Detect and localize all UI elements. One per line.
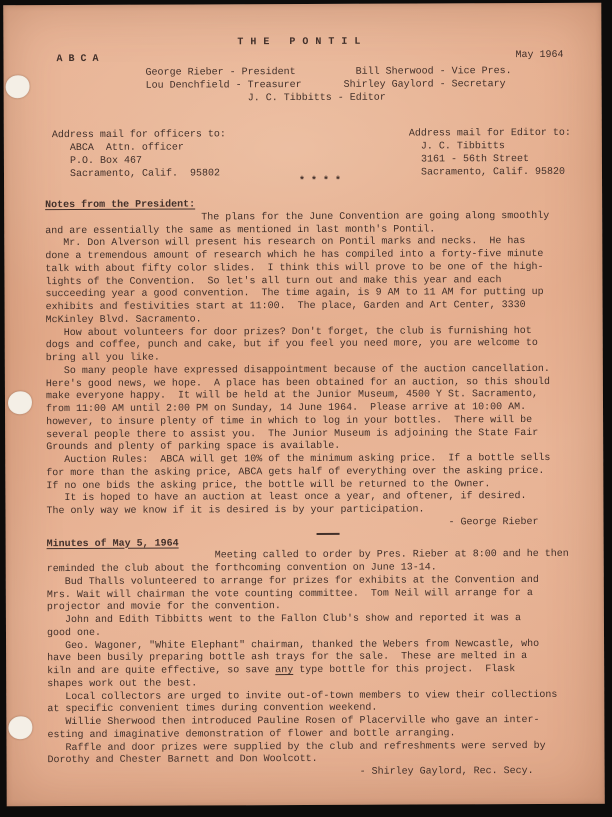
editor-mailing-address: Address mail for Editor to: J. C. Tibbit… [409, 127, 571, 180]
president-signature: - George Rieber [46, 517, 586, 532]
officers-mailing-address: Address mail for officers to: ABCA Attn.… [52, 128, 226, 181]
punch-hole-middle [8, 391, 32, 414]
section-divider-dash [317, 532, 340, 534]
newsletter-title: THE PONTIL [3, 36, 601, 51]
minutes-body-part1: Meeting called to order by Pres. Rieber … [47, 549, 569, 677]
officers-roster: George Rieber - President Bill Sherwood … [146, 65, 512, 106]
minutes-section-body: Meeting called to order by Pres. Rieber … [47, 549, 588, 768]
scan-background: THE PONTIL ABCA May 1964 George Rieber -… [0, 0, 612, 817]
document-body: Notes from the President: The plans for … [45, 198, 588, 781]
newsletter-page: THE PONTIL ABCA May 1964 George Rieber -… [3, 3, 604, 807]
underlined-word-any: any [275, 665, 293, 676]
star-separator: * * * * [299, 176, 341, 189]
punch-hole-bottom [8, 716, 32, 739]
punch-hole-top [6, 75, 30, 98]
issue-date: May 1964 [515, 50, 563, 63]
notes-section-body: The plans for the June Convention are go… [45, 211, 586, 519]
secretary-signature: - Shirley Gaylord, Rec. Secy. [48, 766, 588, 781]
club-abbreviation: ABCA [56, 54, 104, 67]
minutes-body-part2: type bottle for this project. Flask shap… [47, 664, 557, 766]
